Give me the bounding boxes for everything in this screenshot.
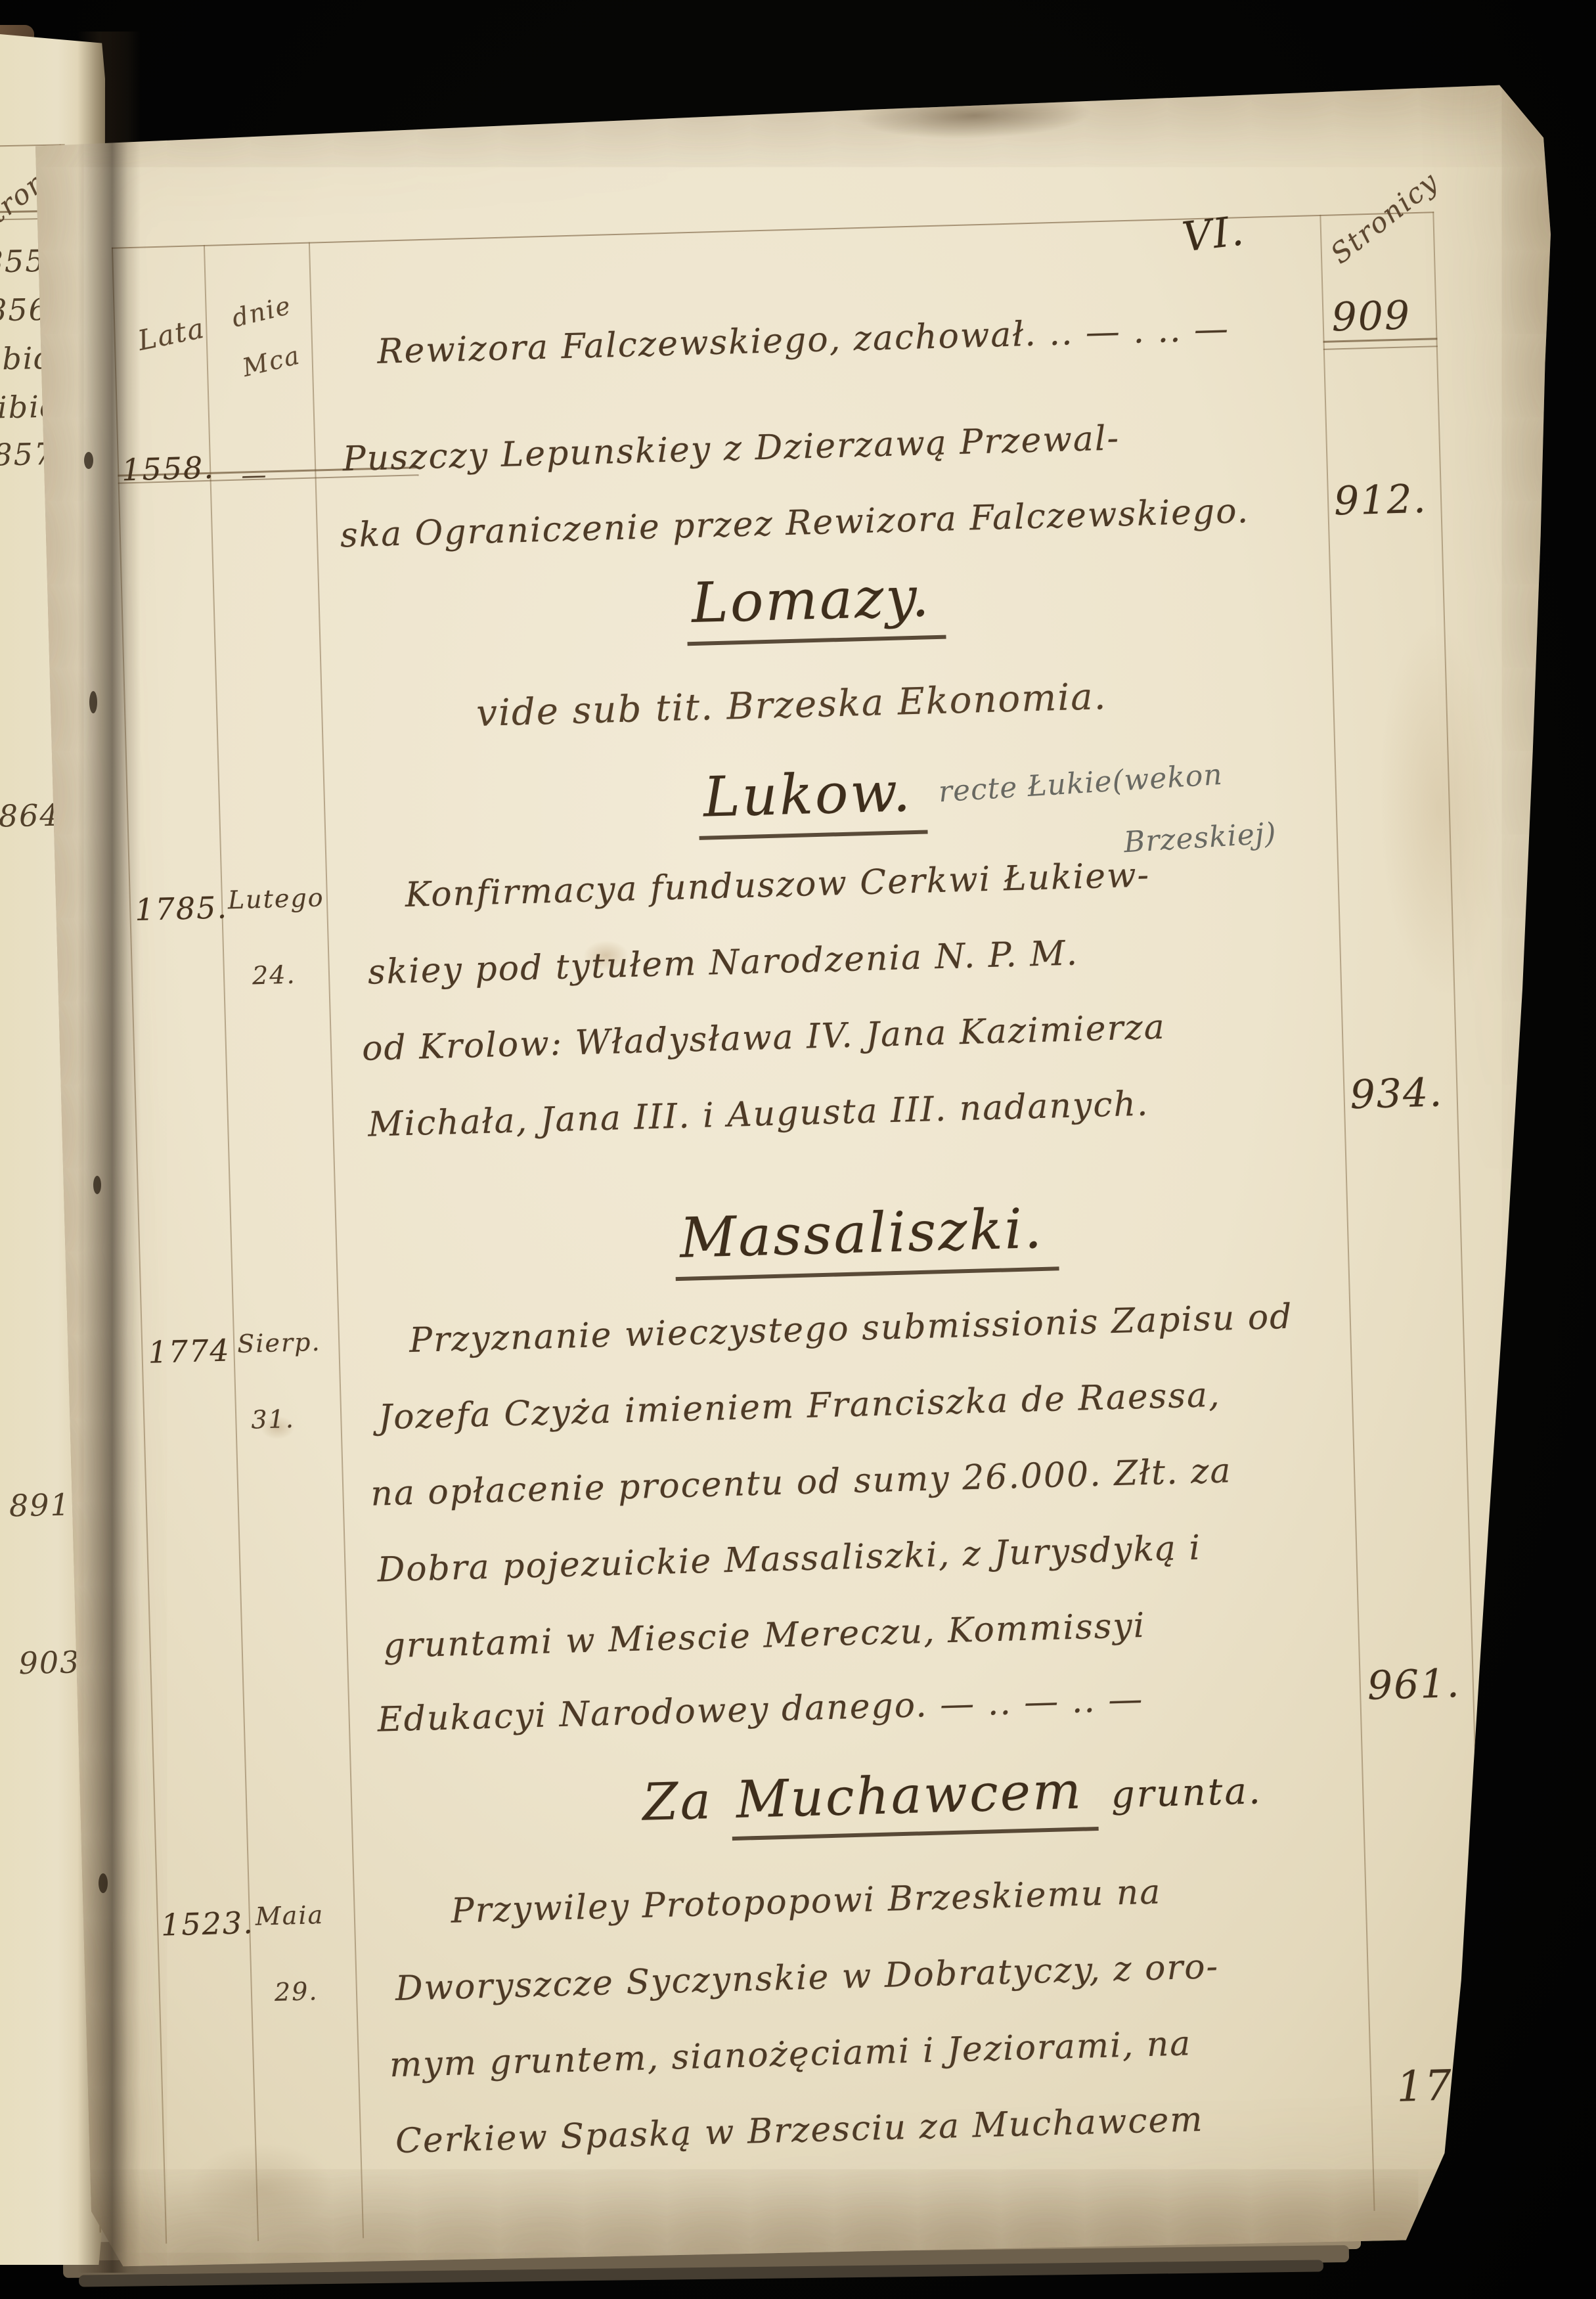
section-heading-lomazy: Lomazy.: [686, 564, 946, 646]
entry-month: Sierp.: [237, 1328, 321, 1358]
entry-line: Edukacyi Narodowey danego. — .. — .. —: [377, 1680, 1144, 1740]
sliver-page-number: 891.: [0, 1486, 82, 1524]
column-header-years: Lata: [135, 312, 208, 357]
entry-day: —: [241, 460, 268, 489]
entry-line: Cerkiew Spaską w Brzesciu za Muchawcem: [395, 2100, 1204, 2161]
entry-line: Dobra pojezuickie Massaliszki, z Jurysdy…: [377, 1529, 1202, 1590]
entry-year: 1774: [148, 1332, 231, 1370]
entry-line: Przyznanie wieczystego submissionis Zapi…: [409, 1297, 1293, 1360]
entry-line: Puszczy Lepunskiey z Dzierzawą Przewal-: [342, 418, 1120, 479]
entry-page-ref: 1746.: [1396, 2060, 1524, 2112]
gutter-shadow: [78, 32, 141, 2273]
entry-page-ref: 934.: [1350, 1069, 1444, 1118]
entry-year: 1785.: [135, 889, 229, 927]
entry-month: Lutego: [227, 883, 324, 914]
column-header-day-line1: dnie: [229, 291, 294, 333]
entry-line: ska Ograniczenie przez Rewizora Falczews…: [340, 491, 1250, 555]
entry-line: Dworyszcze Syczynskie w Dobratyczy, z or…: [395, 1947, 1220, 2009]
gutter-damage-mark: [84, 452, 93, 469]
entry-line: gruntami w Miescie Mereczu, Kommissyi: [383, 1606, 1146, 1666]
entry-page-ref: 912.: [1333, 476, 1427, 525]
entry-day: 31.: [251, 1404, 296, 1435]
section-heading-lukow: Lukow.: [698, 759, 928, 840]
section-heading-za-prefix: Za: [642, 1771, 732, 1833]
grime-stain: [855, 89, 1093, 142]
gutter-damage-mark: [89, 691, 97, 713]
entry-line: mym gruntem, sianożęciami i Jeziorami, n…: [389, 2024, 1192, 2085]
pencil-annotation-line1: recte Łukie(wekon: [937, 758, 1224, 809]
entry-line: od Krolow: Władysława IV. Jana Kazimierz…: [361, 1008, 1166, 1069]
entry-line: Rewizora Falczewskiego, zachował. .. — .…: [377, 309, 1230, 372]
smudge: [188, 2141, 335, 2237]
pencil-annotation-line2: Brzeskiej): [1123, 816, 1277, 859]
damp-stain: [1375, 624, 1503, 995]
section-heading-muchawcem: Muchawcem: [730, 1761, 1099, 1841]
cross-reference-note: vide sub tit. Brzeska Ekonomia.: [476, 675, 1108, 735]
entry-line: na opłacenie procentu od sumy 26.000. Zł…: [370, 1451, 1233, 1513]
entry-day: 24.: [252, 960, 296, 991]
section-heading-grunta-suffix: grunta.: [1097, 1770, 1263, 1817]
section-heading-massaliszki: Massaliszki.: [674, 1195, 1059, 1281]
register-page: Lata dnie Mca Stronicy VI. Rewizora Falc…: [35, 83, 1596, 2275]
gutter-damage-mark: [93, 1176, 101, 1194]
years-column-rule: [204, 245, 259, 2241]
folio-number: VI.: [1180, 206, 1247, 261]
photo-of-register-page: Stronicy 855. 856. ibid ibid 857. 864. 8…: [0, 0, 1596, 2299]
entry-day: 29.: [274, 1976, 319, 2007]
table-right-rule: [1432, 212, 1488, 2208]
column-header-pages: Stronicy: [1325, 165, 1445, 270]
entry-line: Konfirmacya funduszow Cerkwi Łukiew-: [405, 855, 1151, 915]
entry-page-ref: 909: [1331, 292, 1411, 340]
entry-year: 1523.: [160, 1905, 254, 1943]
entry-line: skiey pod tytułem Narodzenia N. P. M.: [367, 933, 1079, 992]
entry-line: Przywiley Protopopowi Brzeskiemu na: [451, 1872, 1162, 1931]
entry-line: Jozefa Czyża imieniem Franciszka de Raes…: [378, 1375, 1222, 1438]
column-header-day-line2: Mca: [240, 340, 303, 382]
gutter-damage-mark: [99, 1873, 108, 1893]
entry-line: Michała, Jana III. i Augusta III. nadany…: [367, 1084, 1149, 1145]
entry-page-ref: 961.: [1367, 1661, 1461, 1709]
entry-month: Maia: [255, 1900, 324, 1931]
